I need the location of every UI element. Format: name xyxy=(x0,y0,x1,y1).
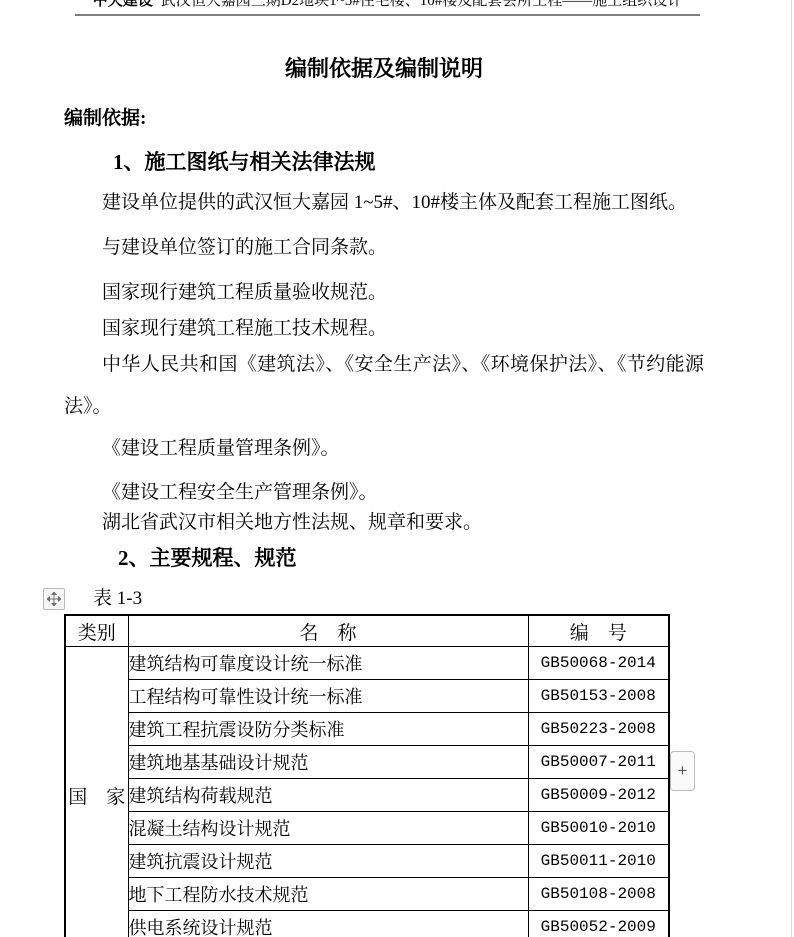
page-right-edge xyxy=(791,0,792,937)
standard-code-cell: GB50223-2008 xyxy=(528,713,669,746)
category-cell: 国 家 xyxy=(65,647,128,937)
standard-name-cell: 建筑结构荷载规范 xyxy=(128,779,528,812)
standard-code-cell: GB50009-2012 xyxy=(528,779,669,812)
standard-code-cell: GB50153-2008 xyxy=(528,680,669,713)
header-cell-code: 编 号 xyxy=(528,615,669,647)
table-row: 地下工程防水技术规范GB50108-2008 xyxy=(65,878,669,911)
move-cross-icon xyxy=(47,592,61,606)
body-paragraph: 与建设单位签订的施工合同条款。 xyxy=(64,237,704,259)
header-cell-category: 类别 xyxy=(65,615,128,647)
standards-table-rows: 国 家建筑结构可靠度设计统一标准GB50068-2014工程结构可靠性设计统一标… xyxy=(65,647,669,937)
table-caption: 表 1-3 xyxy=(64,588,704,610)
standard-name-cell: 建筑抗震设计规范 xyxy=(128,845,528,878)
table-row: 建筑结构荷载规范GB50009-2012 xyxy=(65,779,669,812)
table-move-handle[interactable] xyxy=(43,588,65,610)
plus-icon: + xyxy=(678,761,688,781)
standard-name-cell: 建筑地基基础设计规范 xyxy=(128,746,528,779)
page-title: 编制依据及编制说明 xyxy=(64,54,704,84)
body-paragraph: 国家现行建筑工程施工技术规程。 xyxy=(64,318,704,340)
standards-table: 类别 名 称 编 号 国 家建筑结构可靠度设计统一标准GB50068-2014工… xyxy=(64,614,670,937)
header-cell-name: 名 称 xyxy=(128,615,528,647)
table-row: 供电系统设计规范GB50052-2009 xyxy=(65,911,669,937)
standard-name-cell: 工程结构可靠性设计统一标准 xyxy=(128,680,528,713)
standard-name-cell: 建筑工程抗震设防分类标准 xyxy=(128,713,528,746)
section-label: 编制依据: xyxy=(64,108,704,130)
table-row: 建筑地基基础设计规范GB50007-2011 xyxy=(65,746,669,779)
heading-1: 1、施工图纸与相关法律法规 xyxy=(113,150,704,174)
body-paragraph: 建设单位提供的武汉恒大嘉园 1~5#、10#楼主体及配套工程施工图纸。 xyxy=(64,192,704,214)
standard-name-cell: 地下工程防水技术规范 xyxy=(128,878,528,911)
table-row: 国 家建筑结构可靠度设计统一标准GB50068-2014 xyxy=(65,647,669,680)
standard-name-cell: 建筑结构可靠度设计统一标准 xyxy=(128,647,528,680)
body-paragraph: 中华人民共和国《建筑法》、《安全生产法》、《环境保护法》、《节约能源法》。 xyxy=(64,344,704,428)
heading-2: 2、主要规程、规范 xyxy=(118,546,704,570)
body-paragraph: 国家现行建筑工程质量验收规范。 xyxy=(64,282,704,304)
standard-code-cell: GB50007-2011 xyxy=(528,746,669,779)
table-row: 建筑抗震设计规范GB50011-2010 xyxy=(65,845,669,878)
standard-code-cell: GB50010-2010 xyxy=(528,812,669,845)
standard-name-cell: 混凝土结构设计规范 xyxy=(128,812,528,845)
document-body: 编制依据及编制说明 编制依据: 1、施工图纸与相关法律法规 建设单位提供的武汉恒… xyxy=(64,0,704,937)
body-paragraph: 《建设工程质量管理条例》。 xyxy=(64,438,704,460)
standard-code-cell: GB50052-2009 xyxy=(528,911,669,937)
table-header-row: 类别 名 称 编 号 xyxy=(65,615,669,647)
standard-code-cell: GB50068-2014 xyxy=(528,647,669,680)
body-paragraph: 湖北省武汉市相关地方性法规、规章和要求。 xyxy=(64,512,704,534)
table-row: 工程结构可靠性设计统一标准GB50153-2008 xyxy=(65,680,669,713)
document-page: 中天建设武汉恒大嘉园三期D2地块1~5#住宅楼、10#楼及配套会所工程——施工组… xyxy=(0,0,794,937)
standard-code-cell: GB50011-2010 xyxy=(528,845,669,878)
body-paragraph: 《建设工程安全生产管理条例》。 xyxy=(64,482,704,504)
standard-name-cell: 供电系统设计规范 xyxy=(128,911,528,937)
table-row: 建筑工程抗震设防分类标准GB50223-2008 xyxy=(65,713,669,746)
expand-button[interactable]: + xyxy=(670,751,695,791)
standard-code-cell: GB50108-2008 xyxy=(528,878,669,911)
table-row: 混凝土结构设计规范GB50010-2010 xyxy=(65,812,669,845)
